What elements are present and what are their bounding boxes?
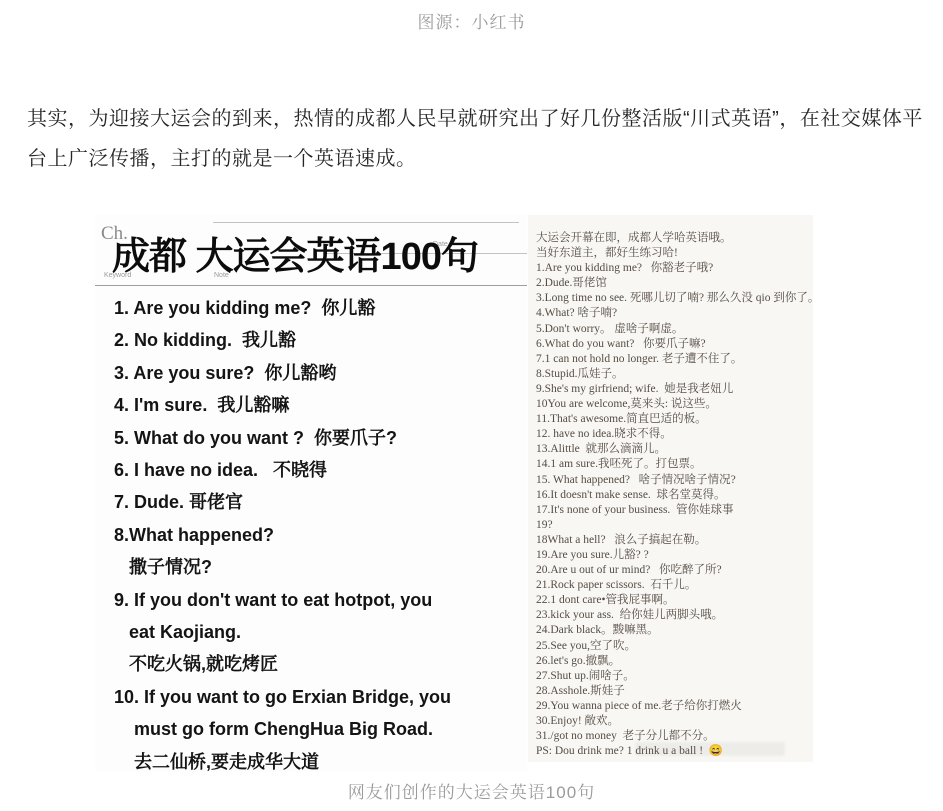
phrase-line: 10. If you want to go Erxian Bridge, you xyxy=(114,681,523,713)
phrase-line: 18What a hell? 浪么子搞起在勒。 xyxy=(536,533,813,548)
phrase-line: 27.Shut up.闹啥子。 xyxy=(536,669,813,684)
figure-title: 成都 大运会英语100句 xyxy=(112,225,478,280)
notebook-top-rule xyxy=(213,222,519,223)
phrase-line: 大运会开幕在即，成都人学哈英语哦。 xyxy=(536,231,813,246)
phrase-line: 24.Dark black。黢嘛黑。 xyxy=(536,623,813,638)
phrase-line: 19? xyxy=(536,518,813,533)
notebook-header-rule xyxy=(95,285,527,286)
phrase-line: 去二仙桥,要走成华大道 xyxy=(114,746,523,772)
phrase-line: 当好东道主，都好生练习哈! xyxy=(536,246,813,261)
phrase-line: 10You are welcome,莫来头: 说这些。 xyxy=(536,397,813,412)
phrase-line: 7.1 can not hold no longer. 老子遭不住了。 xyxy=(536,352,813,367)
phrase-line: 5. What do you want ? 你要爪子? xyxy=(114,422,523,454)
phrase-line: 1. Are you kidding me? 你儿豁 xyxy=(114,292,523,324)
phrase-line: 2.Dude.哥佬馆 xyxy=(536,276,813,291)
phrase-line: 4.What? 啥子喃? xyxy=(536,306,813,321)
phrase-line: 14.1 am sure.我呸死了。打包票。 xyxy=(536,457,813,472)
phrase-line: 17.It's none of your business. 管你娃球事 xyxy=(536,503,813,518)
figure-dialect-phrase-sheet[interactable]: 大运会开幕在即，成都人学哈英语哦。当好东道主，都好生练习哈!1.Are you … xyxy=(528,215,813,762)
phrase-line: 6.What do you want? 你要爪子嘛? xyxy=(536,337,813,352)
phrase-line: 8.What happened? xyxy=(114,519,523,551)
phrase-line: 撒子情况? xyxy=(114,551,523,583)
phrase-line: 16.It doesn't make sense. 球名堂莫得。 xyxy=(536,488,813,503)
phrase-list-left: 1. Are you kidding me? 你儿豁2. No kidding.… xyxy=(114,292,523,772)
phrase-line: 12. have no idea.晓求不得。 xyxy=(536,427,813,442)
phrase-line: 8.Stupid.瓜娃子。 xyxy=(536,367,813,382)
phrase-line: 4. I'm sure. 我儿豁嘛 xyxy=(114,389,523,421)
phrase-line: 5.Don't worry。 虚啥子啊虚。 xyxy=(536,322,813,337)
phrase-line: 不吃火锅,就吃烤匠 xyxy=(114,648,523,680)
phrase-line: 21.Rock paper scissors. 石千儿。 xyxy=(536,578,813,593)
phrase-line: 30.Enjoy! 敞欢。 xyxy=(536,714,813,729)
phrase-line: 22.1 dont care•管我屁事啊。 xyxy=(536,593,813,608)
phrase-line: 23.kick your ass. 给你娃儿两脚头哦。 xyxy=(536,608,813,623)
phrase-line: 20.Are u out of ur mind? 你吃醉了所? xyxy=(536,563,813,578)
phrase-line: 2. No kidding. 我儿豁 xyxy=(114,324,523,356)
phrase-line: 13.Alittle 就那么滴滴儿。 xyxy=(536,442,813,457)
phrase-line: 25.See you,空了吹。 xyxy=(536,639,813,654)
intro-paragraph: 其实，为迎接大运会的到来，热情的成都人民早就研究出了好几份整活版“川式英语”，在… xyxy=(27,99,923,179)
phrase-line: 19.Are you sure.儿豁? ? xyxy=(536,548,813,563)
phrase-line: 6. I have no idea. 不晓得 xyxy=(114,454,523,486)
phrase-line: 11.That's awesome.简直巴适的板。 xyxy=(536,412,813,427)
phrase-line: 28.Asshole.斯娃子 xyxy=(536,684,813,699)
figure-universiade-english-notebook[interactable]: Ch. Date Keyword Note 成都 大运会英语100句 1. Ar… xyxy=(95,215,527,772)
phrase-line: 3. Are you sure? 你儿豁哟 xyxy=(114,357,523,389)
image-source-caption: 图源：小红书 xyxy=(0,8,943,33)
phrase-line: must go form ChengHua Big Road. xyxy=(114,713,523,745)
phrase-line: 3.Long time no see. 死哪儿切了喃? 那么久没 qio 到你了… xyxy=(536,291,813,306)
phrase-list-right: 大运会开幕在即，成都人学哈英语哦。当好东道主，都好生练习哈!1.Are you … xyxy=(536,231,813,759)
phrase-line: 15. What happened? 啥子情况啥子情况? xyxy=(536,473,813,488)
phrase-line: 9. If you don't want to eat hotpot, you xyxy=(114,584,523,616)
phrase-line: 9.She's my girfriend; wife. 她是我老妞儿 xyxy=(536,382,813,397)
watermark xyxy=(635,742,785,756)
phrase-line: 1.Are you kidding me? 你豁老子哦? xyxy=(536,261,813,276)
phrase-line: 7. Dude. 哥佬官 xyxy=(114,486,523,518)
phrase-line: 29.You wanna piece of me.老子给你打燃火 xyxy=(536,699,813,714)
phrase-line: eat Kaojiang. xyxy=(114,616,523,648)
figure-caption: 网友们创作的大运会英语100句 xyxy=(0,778,943,803)
article-page: 图源：小红书 其实，为迎接大运会的到来，热情的成都人民早就研究出了好几份整活版“… xyxy=(0,0,943,811)
phrase-line: 26.let's go.撤飘。 xyxy=(536,654,813,669)
